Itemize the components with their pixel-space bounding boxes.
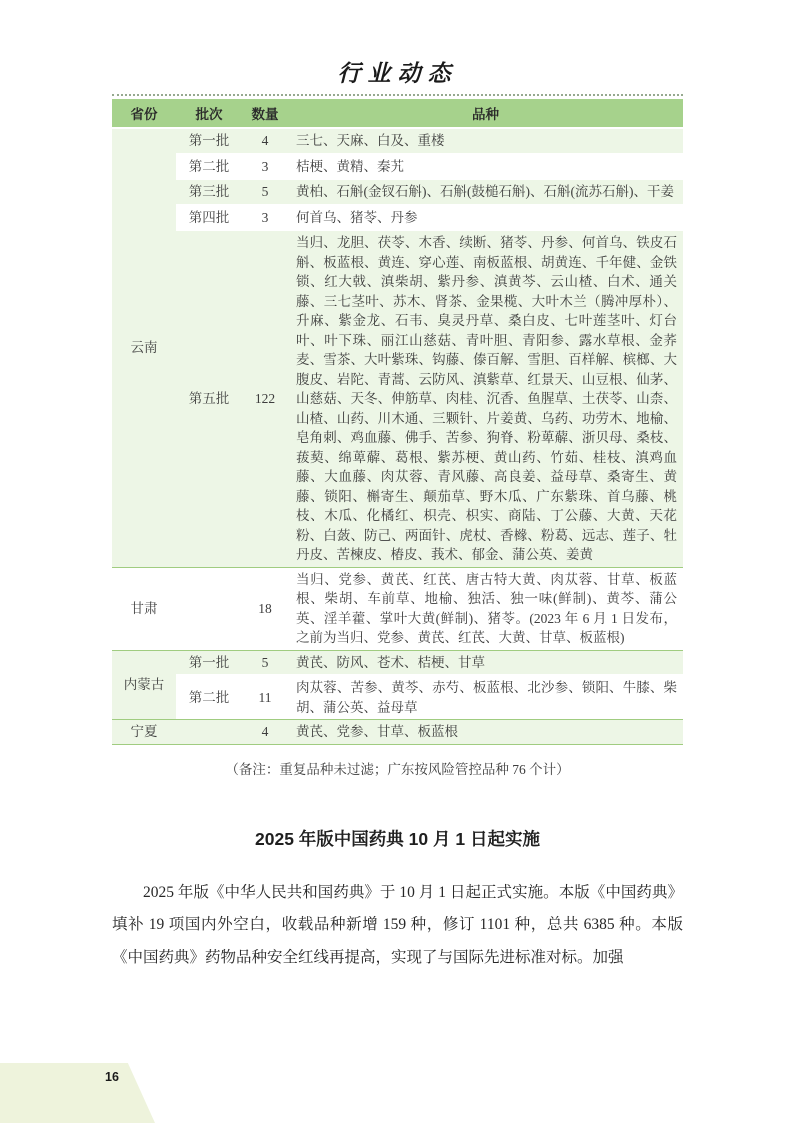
varieties-cell: 桔梗、黄精、秦艽: [288, 154, 683, 180]
batch-cell: 第一批: [176, 650, 242, 675]
varieties-cell: 当归、龙胆、茯苓、木香、续断、猪苓、丹参、何首乌、铁皮石斛、板蓝根、黄连、穿心莲…: [288, 230, 683, 567]
table-row: 第五批 122 当归、龙胆、茯苓、木香、续断、猪苓、丹参、何首乌、铁皮石斛、板蓝…: [112, 230, 683, 567]
table-row: 内蒙古 第一批 5 黄芪、防风、苍术、桔梗、甘草: [112, 650, 683, 675]
table-row: 第四批 3 何首乌、猪苓、丹参: [112, 205, 683, 231]
varieties-cell: 黄芪、防风、苍术、桔梗、甘草: [288, 650, 683, 675]
batch-cell: [176, 567, 242, 650]
table-row: 云南 第一批 4 三七、天麻、白及、重楼: [112, 128, 683, 154]
table-header-variety: 品种: [288, 99, 683, 128]
table-row: 第二批 3 桔梗、黄精、秦艽: [112, 154, 683, 180]
table-row: 宁夏 4 黄芪、党参、甘草、板蓝根: [112, 720, 683, 745]
batch-cell: 第二批: [176, 154, 242, 180]
count-cell: 11: [242, 675, 288, 720]
document-page: 行业动态 省份 批次 数量 品种 云南 第一批 4 三七、: [0, 0, 794, 1123]
varieties-cell: 何首乌、猪苓、丹参: [288, 205, 683, 231]
batch-cell: 第二批: [176, 675, 242, 720]
page-number: 16: [105, 1070, 119, 1084]
province-cell: 云南: [112, 128, 176, 567]
title-divider: [112, 94, 683, 96]
table-header-count: 数量: [242, 99, 288, 128]
article-title: 2025 年版中国药典 10 月 1 日起实施: [112, 826, 683, 851]
table-row: 第三批 5 黄柏、石斛(金钗石斛)、石斛(鼓槌石斛)、石斛(流苏石斛)、干姜: [112, 179, 683, 205]
varieties-cell: 当归、党参、黄芪、红芪、唐古特大黄、肉苁蓉、甘草、板蓝根、柴胡、车前草、地榆、独…: [288, 567, 683, 650]
count-cell: 3: [242, 205, 288, 231]
count-cell: 3: [242, 154, 288, 180]
province-cell: 内蒙古: [112, 650, 176, 720]
count-cell: 5: [242, 179, 288, 205]
page-content: 行业动态 省份 批次 数量 品种 云南 第一批 4 三七、: [112, 0, 683, 974]
batch-cell: 第四批: [176, 205, 242, 231]
batch-cell: 第一批: [176, 128, 242, 154]
section-title: 行业动态: [112, 55, 683, 88]
province-cell: 甘肃: [112, 567, 176, 650]
province-cell: 宁夏: [112, 720, 176, 745]
count-cell: 122: [242, 230, 288, 567]
varieties-cell: 三七、天麻、白及、重楼: [288, 128, 683, 154]
table-row: 甘肃 18 当归、党参、黄芪、红芪、唐古特大黄、肉苁蓉、甘草、板蓝根、柴胡、车前…: [112, 567, 683, 650]
count-cell: 4: [242, 720, 288, 745]
count-cell: 4: [242, 128, 288, 154]
count-cell: 18: [242, 567, 288, 650]
article-paragraph: 2025 年版《中华人民共和国药典》于 10 月 1 日起正式实施。本版《中国药…: [112, 877, 683, 975]
count-cell: 5: [242, 650, 288, 675]
varieties-cell: 黄芪、党参、甘草、板蓝根: [288, 720, 683, 745]
table-header-province: 省份: [112, 99, 176, 128]
varieties-cell: 肉苁蓉、苦参、黄芩、赤芍、板蓝根、北沙参、锁阳、牛膝、柴胡、蒲公英、益母草: [288, 675, 683, 720]
table-header-batch: 批次: [176, 99, 242, 128]
table-header-row: 省份 批次 数量 品种: [112, 99, 683, 128]
batch-cell: 第三批: [176, 179, 242, 205]
table-row: 第二批 11 肉苁蓉、苦参、黄芩、赤芍、板蓝根、北沙参、锁阳、牛膝、柴胡、蒲公英…: [112, 675, 683, 720]
table-note: （备注：重复品种未过滤；广东按风险管控品种 76 个计）: [112, 758, 683, 778]
batch-cell: [176, 720, 242, 745]
footer-ribbon: 16: [0, 1063, 155, 1123]
province-batch-table: 省份 批次 数量 品种 云南 第一批 4 三七、天麻、白及、重楼 第二批 3 桔…: [112, 99, 683, 745]
varieties-cell: 黄柏、石斛(金钗石斛)、石斛(鼓槌石斛)、石斛(流苏石斛)、干姜: [288, 179, 683, 205]
batch-cell: 第五批: [176, 230, 242, 567]
